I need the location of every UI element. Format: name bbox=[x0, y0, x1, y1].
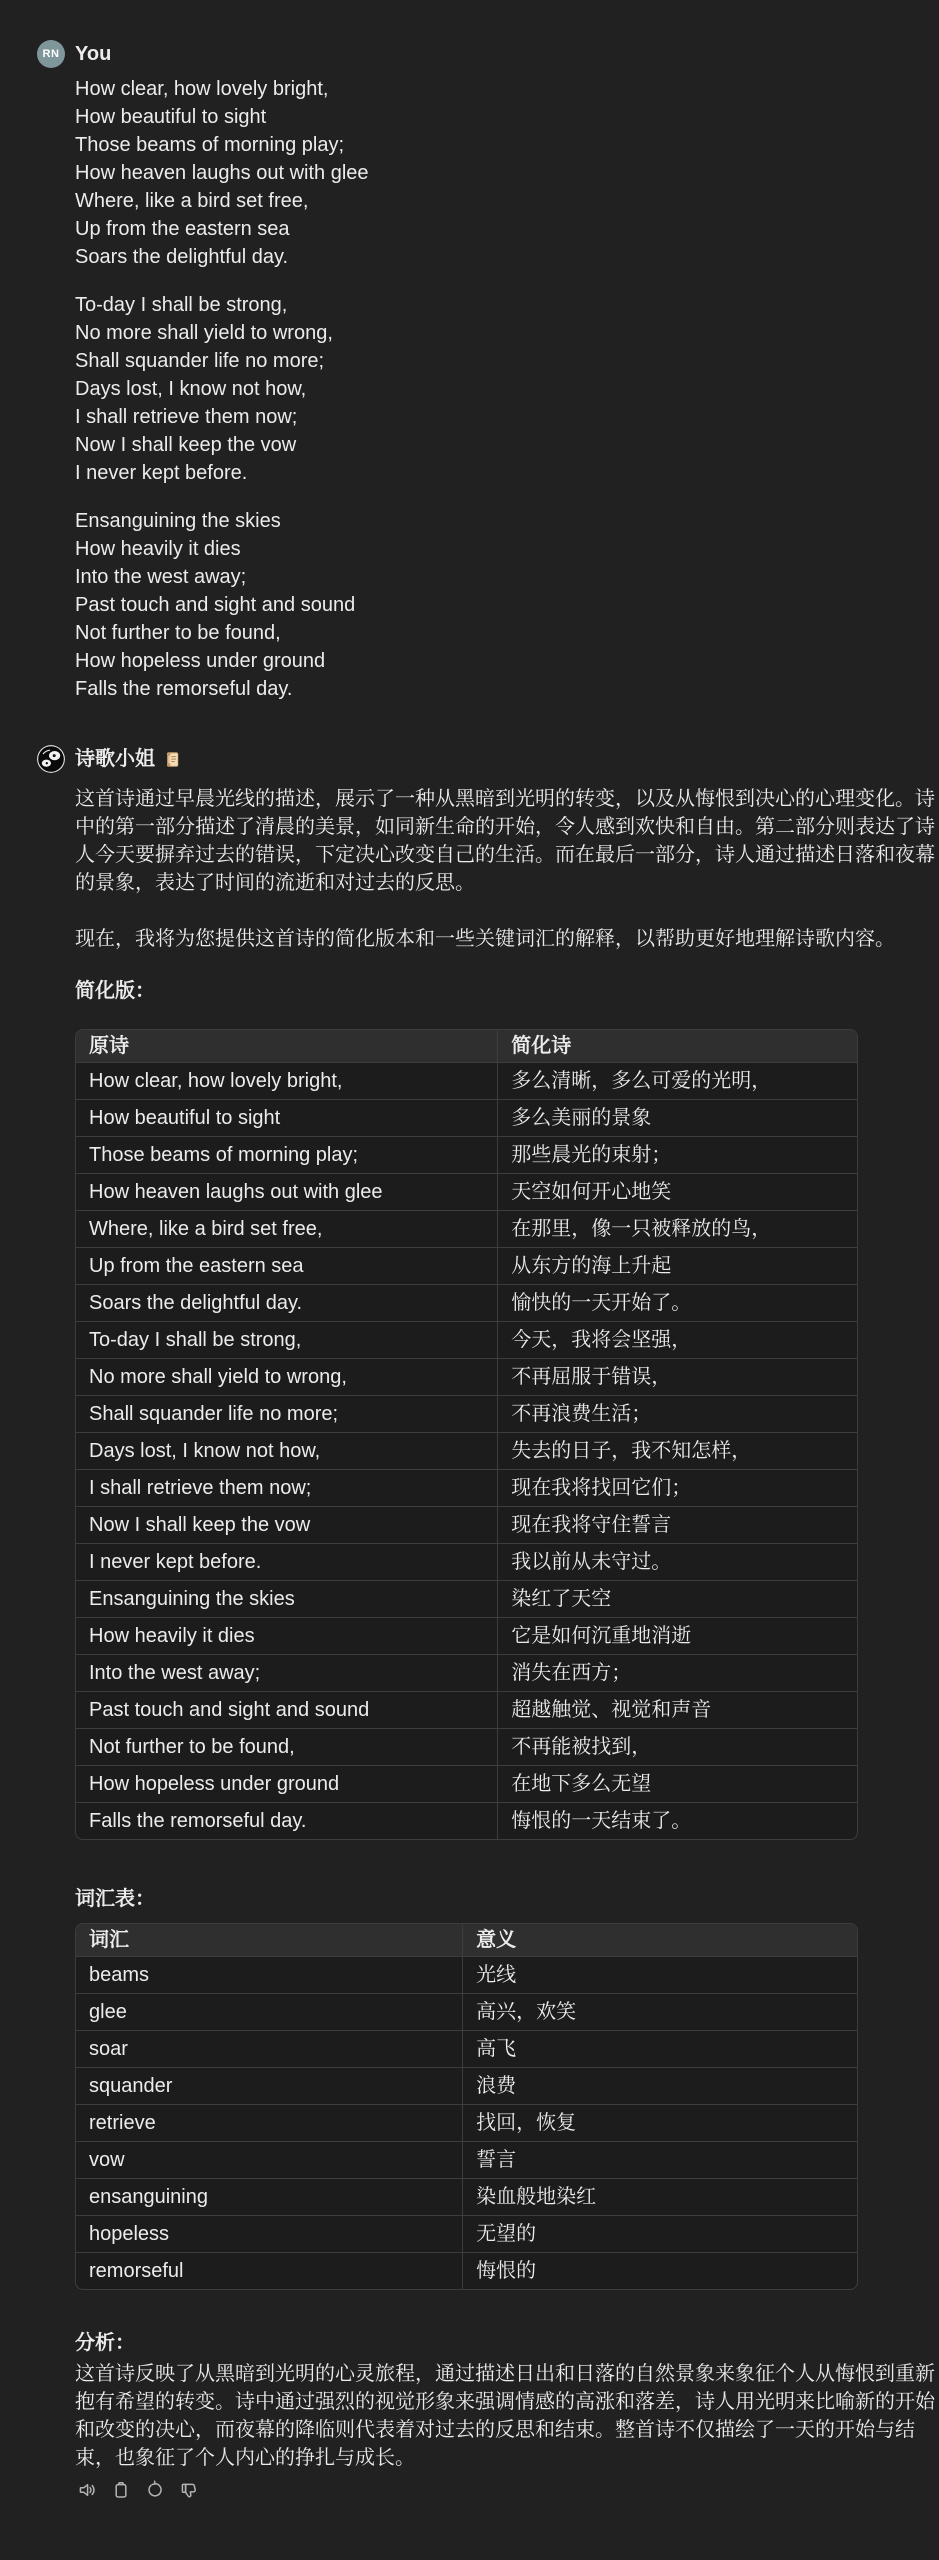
simplified-version-heading: 简化版： bbox=[75, 977, 935, 1005]
table-row: remorseful 悔恨的 bbox=[76, 2253, 857, 2290]
simplified-line-cell: 多么美丽的景象 bbox=[498, 1100, 857, 1137]
thumbs-down-button[interactable] bbox=[177, 2478, 201, 2502]
table-row: squander 浪费 bbox=[76, 2068, 857, 2105]
simplified-line-cell: 愉快的一天开始了。 bbox=[498, 1285, 857, 1322]
simplified-poem-table: 原诗 简化诗 How clear, how lovely bright, 多么清… bbox=[75, 1029, 858, 1840]
meaning-cell: 高飞 bbox=[463, 2031, 857, 2068]
poem-line: Up from the eastern sea bbox=[75, 215, 935, 243]
poem-line: How heavily it dies bbox=[75, 535, 935, 563]
meaning-cell: 无望的 bbox=[463, 2216, 857, 2253]
original-line-cell: I shall retrieve them now; bbox=[76, 1470, 498, 1507]
word-cell: ensanguining bbox=[76, 2179, 463, 2216]
original-line-cell: How hopeless under ground bbox=[76, 1766, 498, 1803]
simplified-line-cell: 不再屈服于错误， bbox=[498, 1359, 857, 1396]
poem-line: Soars the delightful day. bbox=[75, 243, 935, 271]
simplified-line-cell: 悔恨的一天结束了。 bbox=[498, 1803, 857, 1840]
simplified-line-cell: 它是如何沉重地消逝 bbox=[498, 1618, 857, 1655]
poem-line: I shall retrieve them now; bbox=[75, 403, 935, 431]
word-cell: remorseful bbox=[76, 2253, 463, 2290]
meaning-cell: 找回，恢复 bbox=[463, 2105, 857, 2142]
regenerate-icon bbox=[145, 2480, 165, 2500]
simplified-line-cell: 从东方的海上升起 bbox=[498, 1248, 857, 1285]
simplified-line-cell: 今天，我将会坚强， bbox=[498, 1322, 857, 1359]
meaning-cell: 誓言 bbox=[463, 2142, 857, 2179]
original-line-cell: Where, like a bird set free, bbox=[76, 1211, 498, 1248]
table-row: Into the west away; 消失在西方； bbox=[76, 1655, 857, 1692]
word-cell: vow bbox=[76, 2142, 463, 2179]
assistant-avatar bbox=[37, 745, 65, 773]
poem-line: Shall squander life no more; bbox=[75, 347, 935, 375]
poem-line: To-day I shall be strong, bbox=[75, 291, 935, 319]
table-row: Shall squander life no more; 不再浪费生活； bbox=[76, 1396, 857, 1433]
simplified-line-cell: 天空如何开心地笑 bbox=[498, 1174, 857, 1211]
table-row: ensanguining 染血般地染红 bbox=[76, 2179, 857, 2216]
simplified-line-cell: 在那里，像一只被释放的鸟， bbox=[498, 1211, 857, 1248]
word-cell: soar bbox=[76, 2031, 463, 2068]
table-row: beams 光线 bbox=[76, 1957, 857, 1994]
original-line-cell: How clear, how lovely bright, bbox=[76, 1063, 498, 1100]
original-line-cell: Soars the delightful day. bbox=[76, 1285, 498, 1322]
original-line-cell: Not further to be found, bbox=[76, 1729, 498, 1766]
table-row: How heavily it dies 它是如何沉重地消逝 bbox=[76, 1618, 857, 1655]
user-avatar: RN bbox=[37, 40, 65, 68]
original-line-cell: Falls the remorseful day. bbox=[76, 1803, 498, 1840]
table-row: Past touch and sight and sound 超越触觉、视觉和声… bbox=[76, 1692, 857, 1729]
poem-line: No more shall yield to wrong, bbox=[75, 319, 935, 347]
user-name: You bbox=[75, 40, 935, 68]
word-cell: beams bbox=[76, 1957, 463, 1994]
original-line-cell: How heaven laughs out with glee bbox=[76, 1174, 498, 1211]
word-cell: glee bbox=[76, 1994, 463, 2031]
regenerate-button[interactable] bbox=[143, 2478, 167, 2502]
poem-stanza-2: To-day I shall be strong,No more shall y… bbox=[75, 291, 935, 487]
original-line-cell: Those beams of morning play; bbox=[76, 1137, 498, 1174]
scroll-icon bbox=[163, 750, 182, 769]
column-header-simplified-poem: 简化诗 bbox=[498, 1030, 857, 1063]
table-row: To-day I shall be strong, 今天，我将会坚强， bbox=[76, 1322, 857, 1359]
poem-stanza-3: Ensanguining the skiesHow heavily it die… bbox=[75, 507, 935, 703]
original-line-cell: How heavily it dies bbox=[76, 1618, 498, 1655]
table-row: How clear, how lovely bright, 多么清晰，多么可爱的… bbox=[76, 1063, 857, 1100]
simplified-line-cell: 不再能被找到， bbox=[498, 1729, 857, 1766]
poem-line: How clear, how lovely bright, bbox=[75, 75, 935, 103]
poem-line: Now I shall keep the vow bbox=[75, 431, 935, 459]
analysis-heading: 分析： bbox=[75, 2329, 935, 2357]
conversation: RN You How clear, how lovely bright,How … bbox=[0, 40, 939, 2502]
table-row: vow 誓言 bbox=[76, 2142, 857, 2179]
transition-paragraph: 现在，我将为您提供这首诗的简化版本和一些关键词汇的解释，以帮助更好地理解诗歌内容… bbox=[75, 925, 935, 953]
vocabulary-table: 词汇 意义 beams 光线 glee 高兴，欢笑 bbox=[75, 1923, 858, 2290]
simplified-line-cell: 超越触觉、视觉和声音 bbox=[498, 1692, 857, 1729]
poem-line: Into the west away; bbox=[75, 563, 935, 591]
assistant-name: 诗歌小姐 bbox=[75, 745, 155, 773]
meaning-cell: 浪费 bbox=[463, 2068, 857, 2105]
table-row: glee 高兴，欢笑 bbox=[76, 1994, 857, 2031]
poem-line: Those beams of morning play; bbox=[75, 131, 935, 159]
table-row: No more shall yield to wrong, 不再屈服于错误， bbox=[76, 1359, 857, 1396]
simplified-line-cell: 在地下多么无望 bbox=[498, 1766, 857, 1803]
original-line-cell: Past touch and sight and sound bbox=[76, 1692, 498, 1729]
meaning-cell: 光线 bbox=[463, 1957, 857, 1994]
simplified-line-cell: 我以前从未守过。 bbox=[498, 1544, 857, 1581]
original-line-cell: Days lost, I know not how, bbox=[76, 1433, 498, 1470]
poem-line: How beautiful to sight bbox=[75, 103, 935, 131]
assistant-name-row: 诗歌小姐 bbox=[75, 745, 935, 773]
table-row: How heaven laughs out with glee 天空如何开心地笑 bbox=[76, 1174, 857, 1211]
assistant-avatar-image bbox=[37, 745, 65, 773]
poem-line: Days lost, I know not how, bbox=[75, 375, 935, 403]
word-cell: squander bbox=[76, 2068, 463, 2105]
poem-line: How hopeless under ground bbox=[75, 647, 935, 675]
table-row: Soars the delightful day. 愉快的一天开始了。 bbox=[76, 1285, 857, 1322]
simplified-line-cell: 现在我将守住誓言 bbox=[498, 1507, 857, 1544]
column-header-word: 词汇 bbox=[76, 1924, 463, 1957]
simplified-line-cell: 不再浪费生活； bbox=[498, 1396, 857, 1433]
table-row: retrieve 找回，恢复 bbox=[76, 2105, 857, 2142]
original-line-cell: Shall squander life no more; bbox=[76, 1396, 498, 1433]
original-line-cell: No more shall yield to wrong, bbox=[76, 1359, 498, 1396]
table-row: Now I shall keep the vow 现在我将守住誓言 bbox=[76, 1507, 857, 1544]
copy-button[interactable] bbox=[109, 2478, 133, 2502]
table-row: Where, like a bird set free, 在那里，像一只被释放的… bbox=[76, 1211, 857, 1248]
vocabulary-heading: 词汇表： bbox=[75, 1885, 935, 1913]
meaning-cell: 悔恨的 bbox=[463, 2253, 857, 2290]
original-line-cell: How beautiful to sight bbox=[76, 1100, 498, 1137]
table-header-row: 原诗 简化诗 bbox=[76, 1030, 857, 1063]
word-cell: hopeless bbox=[76, 2216, 463, 2253]
meaning-cell: 染血般地染红 bbox=[463, 2179, 857, 2216]
meaning-cell: 高兴，欢笑 bbox=[463, 1994, 857, 2031]
speaker-icon bbox=[77, 2480, 97, 2500]
table-row: Not further to be found, 不再能被找到， bbox=[76, 1729, 857, 1766]
read-aloud-button[interactable] bbox=[75, 2478, 99, 2502]
table-header-row: 词汇 意义 bbox=[76, 1924, 857, 1957]
simplified-line-cell: 染红了天空 bbox=[498, 1581, 857, 1618]
table-row: Ensanguining the skies 染红了天空 bbox=[76, 1581, 857, 1618]
original-line-cell: Up from the eastern sea bbox=[76, 1248, 498, 1285]
poem-line: Not further to be found, bbox=[75, 619, 935, 647]
original-line-cell: To-day I shall be strong, bbox=[76, 1322, 498, 1359]
poem-line: Past touch and sight and sound bbox=[75, 591, 935, 619]
table-row: Those beams of morning play; 那些晨光的束射； bbox=[76, 1137, 857, 1174]
column-header-original-poem: 原诗 bbox=[76, 1030, 498, 1063]
table-row: Falls the remorseful day. 悔恨的一天结束了。 bbox=[76, 1803, 857, 1840]
simplified-line-cell: 消失在西方； bbox=[498, 1655, 857, 1692]
original-line-cell: I never kept before. bbox=[76, 1544, 498, 1581]
table-row: soar 高飞 bbox=[76, 2031, 857, 2068]
analysis-paragraph: 这首诗反映了从黑暗到光明的心灵旅程，通过描述日出和日落的自然景象来象征个人从悔恨… bbox=[75, 2360, 935, 2472]
table-row: Up from the eastern sea 从东方的海上升起 bbox=[76, 1248, 857, 1285]
column-header-meaning: 意义 bbox=[463, 1924, 857, 1957]
original-line-cell: Into the west away; bbox=[76, 1655, 498, 1692]
simplified-line-cell: 现在我将找回它们； bbox=[498, 1470, 857, 1507]
message-actions bbox=[75, 2478, 935, 2502]
simplified-line-cell: 多么清晰，多么可爱的光明， bbox=[498, 1063, 857, 1100]
thumbs-down-icon bbox=[179, 2480, 199, 2500]
table-row: I never kept before. 我以前从未守过。 bbox=[76, 1544, 857, 1581]
poem-stanza-1: How clear, how lovely bright,How beautif… bbox=[75, 75, 935, 271]
table-row: hopeless 无望的 bbox=[76, 2216, 857, 2253]
intro-paragraph: 这首诗通过早晨光线的描述，展示了一种从黑暗到光明的转变，以及从悔恨到决心的心理变… bbox=[75, 785, 935, 897]
table-row: How beautiful to sight 多么美丽的景象 bbox=[76, 1100, 857, 1137]
poem-line: How heaven laughs out with glee bbox=[75, 159, 935, 187]
assistant-message: 诗歌小姐 这首诗通过早晨光线的描述，展示了一种从黑暗到光明的转变，以及从悔恨到决… bbox=[0, 745, 939, 2502]
table-row: How hopeless under ground 在地下多么无望 bbox=[76, 1766, 857, 1803]
user-message: RN You How clear, how lovely bright,How … bbox=[0, 40, 939, 703]
poem-line: I never kept before. bbox=[75, 459, 935, 487]
original-line-cell: Now I shall keep the vow bbox=[76, 1507, 498, 1544]
clipboard-icon bbox=[111, 2480, 131, 2500]
poem-line: Where, like a bird set free, bbox=[75, 187, 935, 215]
original-line-cell: Ensanguining the skies bbox=[76, 1581, 498, 1618]
simplified-line-cell: 失去的日子，我不知怎样， bbox=[498, 1433, 857, 1470]
poem-line: Ensanguining the skies bbox=[75, 507, 935, 535]
poem-line: Falls the remorseful day. bbox=[75, 675, 935, 703]
table-row: Days lost, I know not how, 失去的日子，我不知怎样， bbox=[76, 1433, 857, 1470]
word-cell: retrieve bbox=[76, 2105, 463, 2142]
simplified-line-cell: 那些晨光的束射； bbox=[498, 1137, 857, 1174]
table-row: I shall retrieve them now; 现在我将找回它们； bbox=[76, 1470, 857, 1507]
